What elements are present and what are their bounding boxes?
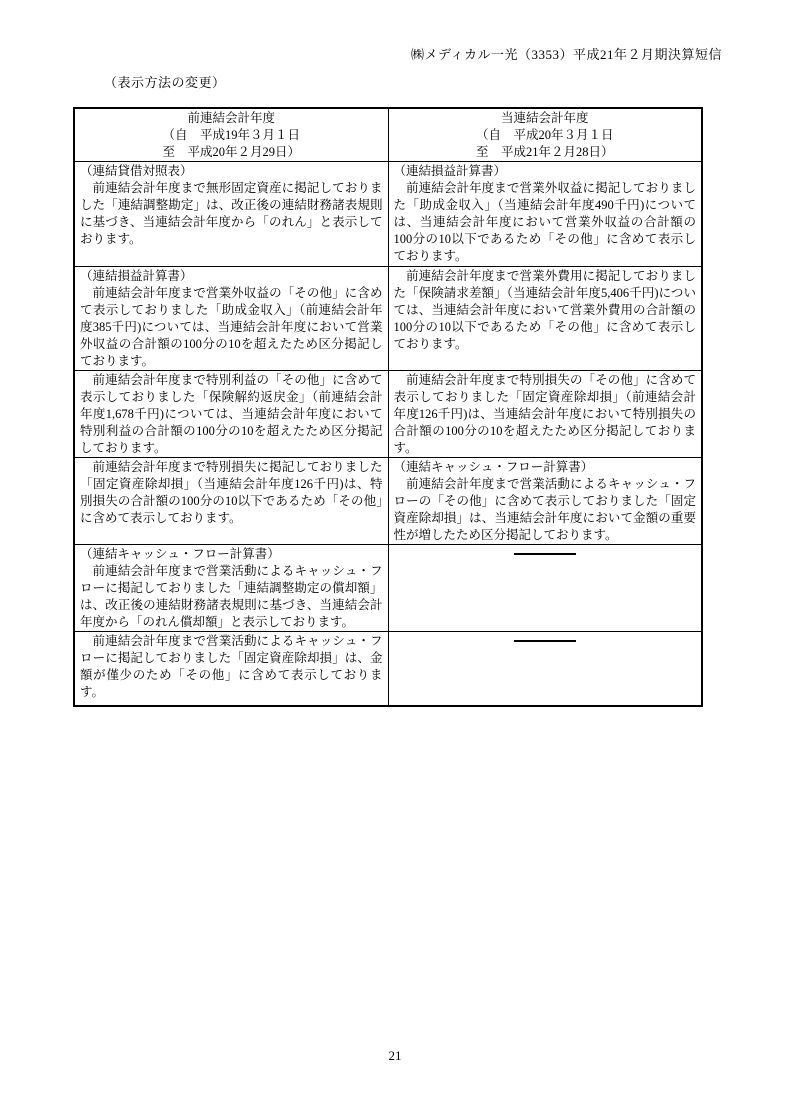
table-cell: [388, 545, 702, 632]
cell-paragraph: 前連結会計年度まで営業活動によるキャッシュ・フローの「その他」に含めて表示してお…: [394, 476, 697, 544]
section-title: （表示方法の変更）: [104, 72, 226, 91]
period-from: （自 平成19年３月１日: [80, 127, 383, 144]
column-title: 前連結会計年度: [80, 110, 383, 127]
table-row: （連結損益計算書） 前連結会計年度まで営業外収益の「その他」に含めて表示しており…: [74, 267, 702, 371]
table-cell: （連結貸借対照表） 前連結会計年度まで無形固定資産に掲記しておりました「連結調整…: [74, 162, 388, 267]
document-header: ㈱メディカル一光（3353）平成21年２月期決算短信: [411, 44, 722, 63]
cell-paragraph: 前連結会計年度まで無形固定資産に掲記しておりました「連結調整勘定」は、改正後の連…: [80, 180, 383, 248]
statement-heading: （連結損益計算書）: [394, 163, 697, 180]
statement-heading: （連結キャッシュ・フロー計算書）: [394, 459, 697, 476]
table-header-row: 前連結会計年度 （自 平成19年３月１日 至 平成20年２月29日） 当連結会計…: [74, 108, 702, 162]
table-cell: （連結損益計算書） 前連結会計年度まで営業外収益の「その他」に含めて表示しており…: [74, 267, 388, 371]
period-to: 至 平成20年２月29日）: [80, 144, 383, 161]
cell-paragraph: 前連結会計年度まで営業活動によるキャッシュ・フローに掲記しておりました「固定資産…: [80, 633, 383, 701]
statement-heading: （連結貸借対照表）: [80, 163, 383, 180]
table-row: （連結キャッシュ・フロー計算書） 前連結会計年度まで営業活動によるキャッシュ・フ…: [74, 545, 702, 632]
statement-heading: （連結損益計算書）: [80, 268, 383, 285]
table-cell: 前連結会計年度まで特別損失に掲記しておりました「固定資産除却損」（当連結会計年度…: [74, 458, 388, 545]
cell-paragraph: 前連結会計年度まで特別損失の「その他」に含めて表示しておりました「固定資産除却損…: [394, 372, 697, 457]
statement-heading: （連結キャッシュ・フロー計算書）: [80, 546, 383, 563]
presentation-change-table: 前連結会計年度 （自 平成19年３月１日 至 平成20年２月29日） 当連結会計…: [73, 107, 703, 707]
cell-paragraph: 前連結会計年度まで営業外収益に掲記しておりました「助成金収入」（当連結会計年度4…: [394, 180, 697, 265]
table-cell: （連結損益計算書） 前連結会計年度まで営業外収益に掲記しておりました「助成金収入…: [388, 162, 702, 267]
table-cell: （連結キャッシュ・フロー計算書） 前連結会計年度まで営業活動によるキャッシュ・フ…: [74, 545, 388, 632]
period-from: （自 平成20年３月１日: [394, 127, 697, 144]
table-row: 前連結会計年度まで特別損失に掲記しておりました「固定資産除却損」（当連結会計年度…: [74, 458, 702, 545]
cell-paragraph: 前連結会計年度まで特別利益の「その他」に含めて表示しておりました「保険解約返戻金…: [80, 372, 383, 457]
table-cell: 前連結会計年度まで営業外費用に掲記しておりました「保険請求差額」（当連結会計年度…: [388, 267, 702, 371]
cell-paragraph: 前連結会計年度まで営業外費用に掲記しておりました「保険請求差額」（当連結会計年度…: [394, 268, 697, 353]
column-title: 当連結会計年度: [394, 110, 697, 127]
table-row: （連結貸借対照表） 前連結会計年度まで無形固定資産に掲記しておりました「連結調整…: [74, 162, 702, 267]
table-cell: （連結キャッシュ・フロー計算書） 前連結会計年度まで営業活動によるキャッシュ・フ…: [388, 458, 702, 545]
cell-paragraph: 前連結会計年度まで特別損失に掲記しておりました「固定資産除却損」（当連結会計年度…: [80, 459, 383, 527]
table-cell: [388, 632, 702, 706]
table-cell: 前連結会計年度まで営業活動によるキャッシュ・フローに掲記しておりました「固定資産…: [74, 632, 388, 706]
cell-paragraph: 前連結会計年度まで営業外収益の「その他」に含めて表示しておりました「助成金収入」…: [80, 285, 383, 370]
period-to: 至 平成21年２月28日）: [394, 144, 697, 161]
cell-paragraph: 前連結会計年度まで営業活動によるキャッシュ・フローに掲記しておりました「連結調整…: [80, 563, 383, 631]
document-page: ㈱メディカル一光（3353）平成21年２月期決算短信 （表示方法の変更） 前連結…: [0, 0, 790, 1118]
table-cell: 前連結会計年度まで特別損失の「その他」に含めて表示しておりました「固定資産除却損…: [388, 371, 702, 458]
no-content-dash: [514, 553, 576, 555]
column-header-previous-year: 前連結会計年度 （自 平成19年３月１日 至 平成20年２月29日）: [74, 108, 388, 162]
no-content-dash: [514, 640, 576, 642]
page-number: 21: [0, 1048, 790, 1064]
table-cell: 前連結会計年度まで特別利益の「その他」に含めて表示しておりました「保険解約返戻金…: [74, 371, 388, 458]
column-header-current-year: 当連結会計年度 （自 平成20年３月１日 至 平成21年２月28日）: [388, 108, 702, 162]
table-row: 前連結会計年度まで営業活動によるキャッシュ・フローに掲記しておりました「固定資産…: [74, 632, 702, 706]
table-row: 前連結会計年度まで特別利益の「その他」に含めて表示しておりました「保険解約返戻金…: [74, 371, 702, 458]
